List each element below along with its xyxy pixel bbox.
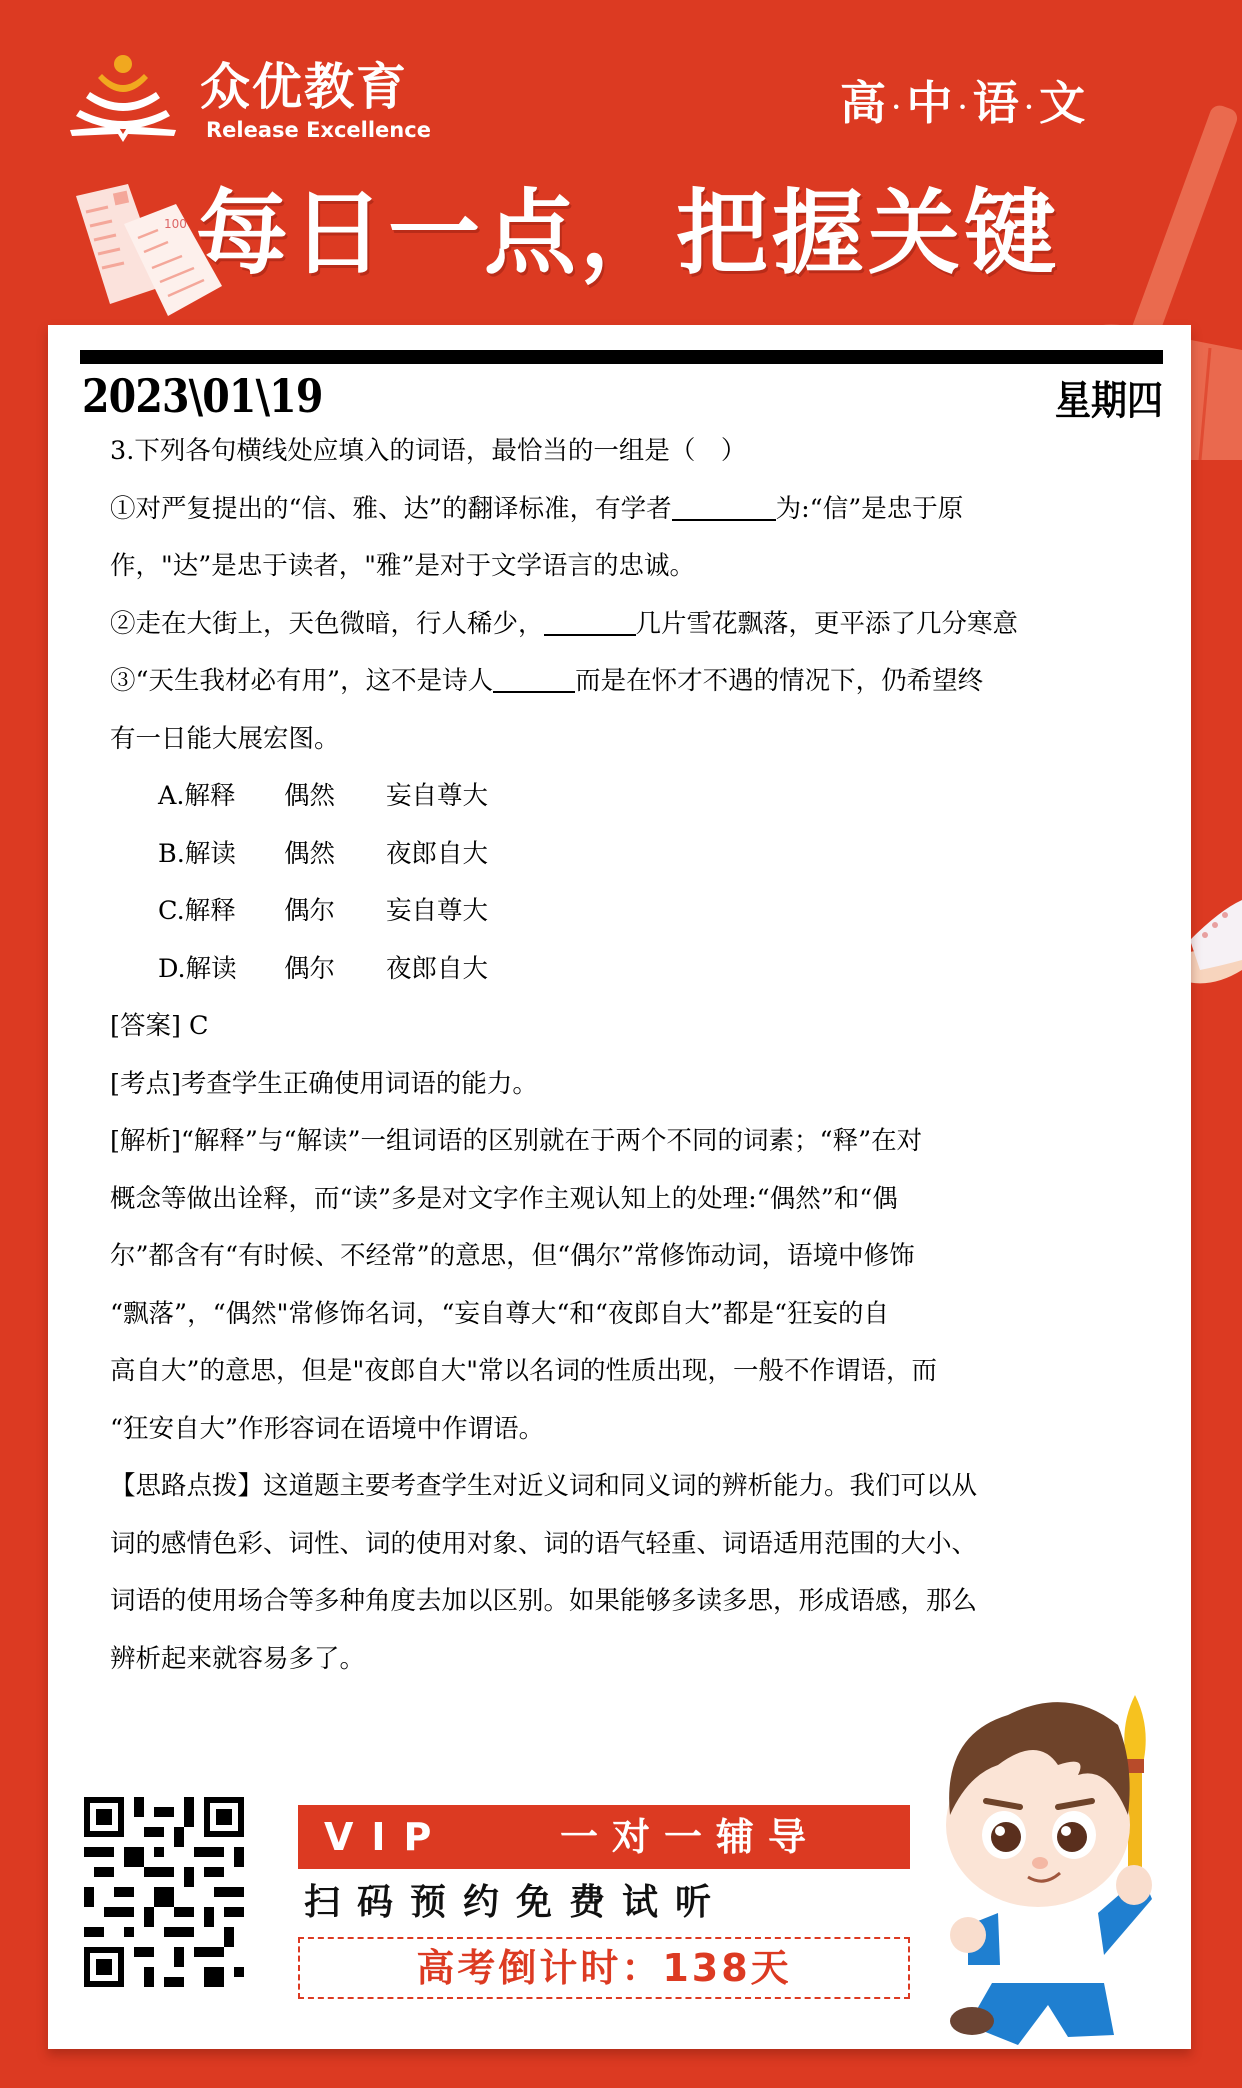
tips-line: 词的感情色彩、词性、词的使用对象、词的语气轻重、词语适用范围的大小、: [110, 1516, 1170, 1574]
slogan-title: 每日一点，把握关键: [196, 188, 1060, 280]
qr-code[interactable]: [84, 1797, 244, 1987]
vip-banner[interactable]: VIP 一对一辅导: [298, 1805, 910, 1869]
analysis-line: 尔”都含有“有时候、不经常”的意思，但“偶尔”常修饰动词，语境中修饰: [110, 1228, 1170, 1286]
test-point: [考点]考查学生正确使用词语的能力。: [110, 1056, 1170, 1114]
option-b: B.解读偶然夜郎自大: [110, 826, 1170, 884]
analysis-line: [解析]“解释”与“解读”一组词语的区别就在于两个不同的词素；“释”在对: [110, 1113, 1170, 1171]
brand-name: 众优教育: [200, 62, 408, 112]
option-a: A.解释偶然妄自尊大: [110, 768, 1170, 826]
option-c: C.解释偶尔妄自尊大: [110, 883, 1170, 941]
brand-logo-icon: [68, 52, 178, 142]
analysis-line: 概念等做出诠释，而“读”多是对文字作主观认知上的处理:“偶然”和“偶: [110, 1171, 1170, 1229]
analysis-line: “狂安自大”作形容词在语境中作谓语。: [110, 1401, 1170, 1459]
question-content: 3.下列各句横线处应填入的词语，最恰当的一组是（ ） ①对严复提出的“信、雅、达…: [110, 423, 1170, 1688]
analysis-line: 高自大”的意思，但是"夜郎自大"常以名词的性质出现，一般不作谓语，而: [110, 1343, 1170, 1401]
sentence-1-cont: 作，"达”是忠于读者，"雅”是对于文学语言的忠诚。: [110, 538, 1170, 596]
date-label: 2023\01\19: [82, 369, 323, 423]
daily-question-card: 2023\01\19 星期四 3.下列各句横线处应填入的词语，最恰当的一组是（ …: [48, 325, 1191, 2049]
fill-blank-3: [493, 663, 575, 693]
scan-cta: 扫码预约免费试听: [304, 1875, 916, 1931]
fill-blank-2: [544, 606, 636, 636]
fill-blank-1: [672, 491, 776, 521]
sentence-3: ③“天生我材必有用”，这不是诗人而是在怀才不遇的情况下，仍希望终: [110, 653, 1170, 711]
sentence-1: ①对严复提出的“信、雅、达”的翻译标准，有学者为:“信”是忠于原: [110, 481, 1170, 539]
mascot-boy-icon: [928, 1665, 1168, 2049]
option-d: D.解读偶尔夜郎自大: [110, 941, 1170, 999]
question-stem: 3.下列各句横线处应填入的词语，最恰当的一组是（ ）: [110, 423, 1170, 481]
answer: [答案] C: [110, 998, 1170, 1056]
sentence-3-cont: 有一日能大展宏图。: [110, 711, 1170, 769]
brand-tagline: Release Excellence: [206, 120, 431, 141]
tips-line: 【思路点拨】这道题主要考查学生对近义词和同义词的辨析能力。我们可以从: [110, 1458, 1170, 1516]
countdown-days: 138天: [662, 1946, 791, 1990]
weekday-label: 星期四: [1055, 369, 1163, 426]
sentence-2: ②走在大街上，天色微暗，行人稀少，几片雪花飘落，更平添了几分寒意: [110, 596, 1170, 654]
tips-line: 词语的使用场合等多种角度去加以区别。如果能够多读多思，形成语感，那么: [110, 1573, 1170, 1631]
exam-countdown: 高考倒计时：138天: [298, 1937, 910, 1999]
analysis-line: “飘落”，“偶然"常修饰名词，“妄自尊大“和“夜郎自大”都是“狂妄的自: [110, 1286, 1170, 1344]
header-divider: [80, 350, 1163, 364]
svg-text:100: 100: [164, 217, 187, 231]
